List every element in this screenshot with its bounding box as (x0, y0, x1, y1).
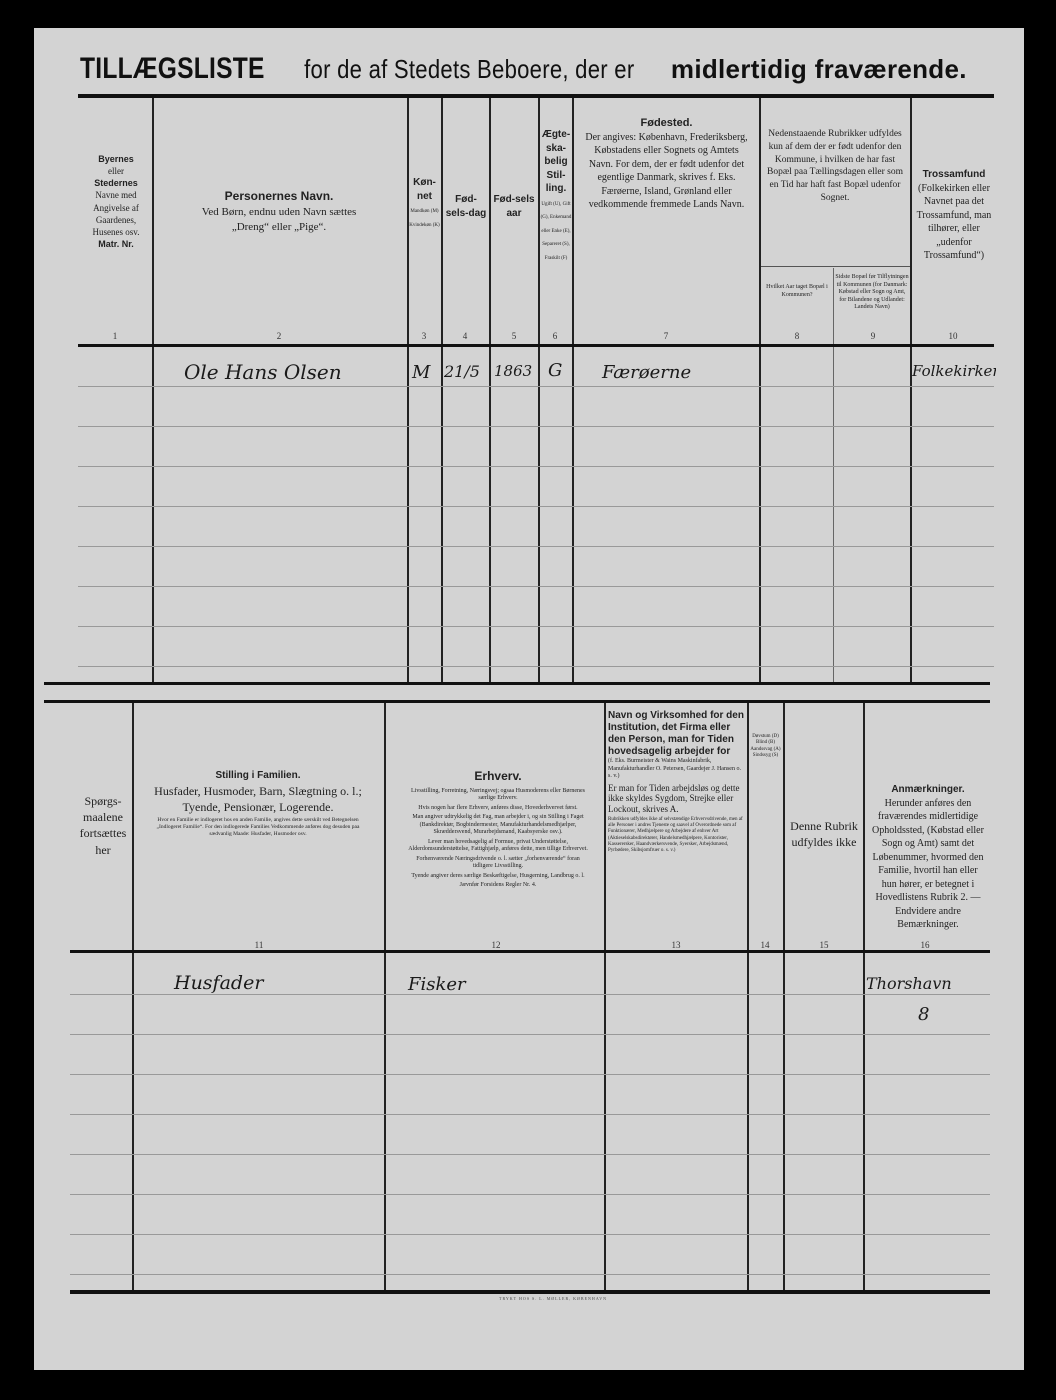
col1-header: Byernes eller Stedernes Navne med Angive… (80, 153, 152, 250)
row-rule (70, 1274, 990, 1275)
header-rule (70, 950, 990, 953)
entry-birthplace: Færøerne (602, 362, 691, 383)
row-rule (70, 1194, 990, 1195)
col-divider (783, 703, 785, 1293)
col-divider (152, 98, 154, 684)
col14-header: Døvstum (D) Blind (B) Aandssvag (A) Sind… (749, 734, 782, 759)
col-divider (910, 98, 912, 684)
col-divider (747, 703, 749, 1293)
document-title: TILLÆGSLISTE for de af Stedets Beboere, … (80, 52, 1030, 92)
col-number: 14 (750, 940, 780, 950)
col-number: 1 (100, 331, 130, 341)
col13-header: Navn og Virksomhed for den Institution, … (608, 710, 744, 854)
col-number: 8 (782, 331, 812, 341)
row-rule (78, 586, 994, 587)
col-number: 13 (661, 940, 691, 950)
col7-header: Fødested. Der angives: København, Freder… (584, 116, 749, 212)
col8-9-group-header: Nedenstaaende Rubrikker udfyldes kun af … (766, 128, 904, 205)
col-divider (384, 703, 386, 1293)
col-number: 11 (244, 940, 274, 950)
col4-header: Fød-sels-dag (444, 193, 488, 220)
col10-header: Trossamfund (Folkekirken eller Navnet pa… (913, 168, 995, 263)
entry-occupation: Fisker (408, 974, 466, 995)
col-number: 7 (651, 331, 681, 341)
row-rule (78, 546, 994, 547)
entry-religion: Folkekirken (912, 362, 996, 380)
col-divider (759, 98, 761, 684)
census-sheet: TILLÆGSLISTE for de af Stedets Beboere, … (34, 28, 1024, 1370)
subheader-rule (761, 266, 910, 267)
entry-sex: M (412, 362, 430, 383)
row-rule (70, 1234, 990, 1235)
col-divider (604, 703, 606, 1293)
col-number: 15 (809, 940, 839, 950)
col-number: 2 (264, 331, 294, 341)
divider-rule (44, 700, 990, 703)
row-rule (70, 1114, 990, 1115)
row-rule (70, 1074, 990, 1075)
row-rule (78, 466, 994, 467)
col-number: 3 (409, 331, 439, 341)
row-rule (70, 1034, 990, 1035)
entry-marital: G (548, 360, 562, 381)
title-end: midlertidig fraværende. (671, 54, 967, 84)
row-rule (78, 626, 994, 627)
entry-remarks: Thorshavn (866, 974, 952, 993)
col-divider (132, 703, 134, 1293)
col-number: 4 (450, 331, 480, 341)
col2-header: Personernes Navn. Ved Børn, endnu uden N… (184, 188, 374, 235)
entry-birth-year: 1863 (494, 362, 532, 380)
col9-header: Sidste Bopæl før Tilflytningen til Kommu… (835, 274, 909, 312)
row-rule (78, 426, 994, 427)
col11-header: Stilling i Familien. Husfader, Husmoder,… (146, 766, 370, 838)
row-rule (78, 386, 994, 387)
col-divider (833, 268, 834, 684)
col-number: 6 (540, 331, 570, 341)
entry-family-position: Husfader (174, 972, 263, 994)
col8-header: Hvilket Aar taget Bopæl i Kommunen? (762, 284, 832, 299)
entry-name: Ole Hans Olsen (184, 360, 342, 384)
col16-header: Anmærkninger. Herunder anføres den fravæ… (870, 783, 986, 932)
row-rule (78, 506, 994, 507)
top-rule (78, 94, 994, 98)
col-divider (489, 98, 491, 684)
bottom-rule (70, 1290, 990, 1294)
col12-header: Erhverv. Livsstilling, Forretning, Nærin… (408, 768, 588, 890)
col-divider (572, 98, 574, 684)
col15-header: Denne Rubrik udfyldes ikke (786, 818, 862, 850)
col-number: 12 (481, 940, 511, 950)
col5-header: Fød-sels aar (492, 193, 536, 220)
title-main: TILLÆGSLISTE (80, 52, 265, 86)
entry-remarks-number: 8 (918, 1004, 929, 1025)
col-number: 5 (499, 331, 529, 341)
divider-rule (44, 682, 990, 685)
row-rule (78, 666, 994, 667)
row-rule (70, 1154, 990, 1155)
col-number: 10 (938, 331, 968, 341)
col3-header: Køn-net Mandkøn (M) Kvindekøn (K) (408, 176, 441, 230)
col-number: 16 (910, 940, 940, 950)
col6-header: Ægte-ska-belig Stil-ling. Ugift (U), Gif… (540, 128, 572, 263)
printer-imprint: TRYKT HOS S. L. MØLLER, KØBENHAVN (499, 1296, 607, 1301)
col-number: 9 (858, 331, 888, 341)
entry-birth-day: 21/5 (444, 362, 480, 381)
header-rule (78, 344, 994, 347)
title-mid: for de af Stedets Beboere, der er (304, 54, 634, 85)
continuation-note: Spørgs- maalene fortsættes her (74, 793, 132, 858)
col-divider (441, 98, 443, 684)
row-rule (70, 994, 990, 995)
col-divider (863, 703, 865, 1293)
